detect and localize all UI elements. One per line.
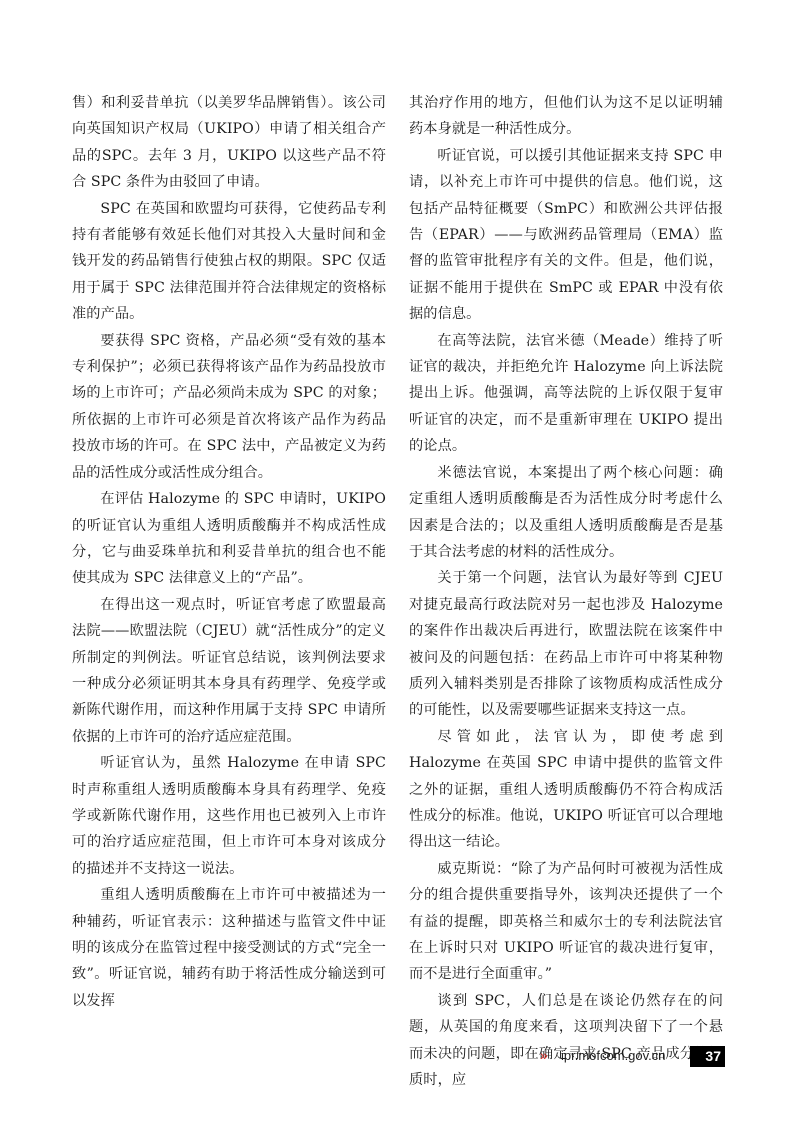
paragraph: 尽管如此，法官认为，即使考虑到 Halozyme 在英国 SPC 申请中提供的监… [409,724,723,856]
page-footer: » ipr.mofcom.gov.cn 37 [540,1046,730,1068]
paragraph: 重组人透明质酸酶在上市许可中被描述为一种辅药，听证官表示：这种描述与监管文件中证… [72,882,386,1014]
paragraph: 其治疗作用的地方，但他们认为这不足以证明辅药本身就是一种活性成分。 [409,90,723,143]
paragraph: 关于第一个问题，法官认为最好等到 CJEU 对捷克最高行政法院对另一起也涉及 H… [409,565,723,723]
paragraph: 售）和利妥昔单抗（以美罗华品牌销售）。该公司向英国知识产权局（UKIPO）申请了… [72,90,386,196]
paragraph: 听证官认为，虽然 Halozyme 在申请 SPC 时声称重组人透明质酸酶本身具… [72,750,386,882]
page-number: 37 [690,1046,725,1067]
paragraph: 谈到 SPC，人们总是在谈论仍然存在的问题，从英国的角度来看，这项判决留下了一个… [409,988,723,1094]
double-chevron-right-icon: » [540,1047,545,1063]
right-column: 其治疗作用的地方，但他们认为这不足以证明辅药本身就是一种活性成分。 听证官说，可… [409,90,723,1093]
website-url[interactable]: ipr.mofcom.gov.cn [561,1048,666,1063]
paragraph: SPC 在英国和欧盟均可获得，它使药品专利持有者能够有效延长他们对其投入大量时间… [72,196,386,328]
paragraph: 在评估 Halozyme 的 SPC 申请时，UKIPO 的听证官认为重组人透明… [72,486,386,592]
paragraph: 要获得 SPC 资格，产品必须“受有效的基本专利保护”；必须已获得将该产品作为药… [72,328,386,486]
paragraph: 米德法官说，本案提出了两个核心问题：确定重组人透明质酸酶是否为活性成分时考虑什么… [409,460,723,566]
paragraph: 威克斯说：“除了为产品何时可被视为活性成分的组合提供重要指导外，该判决还提供了一… [409,856,723,988]
paragraph: 在高等法院，法官米德（Meade）维持了听证官的裁决，并拒绝允许 Halozym… [409,328,723,460]
paragraph: 在得出这一观点时，听证官考虑了欧盟最高法院——欧盟法院（CJEU）就“活性成分”… [72,592,386,750]
left-column: 售）和利妥昔单抗（以美罗华品牌销售）。该公司向英国知识产权局（UKIPO）申请了… [72,90,386,1014]
paragraph: 听证官说，可以援引其他证据来支持 SPC 申请，以补充上市许可中提供的信息。他们… [409,143,723,328]
